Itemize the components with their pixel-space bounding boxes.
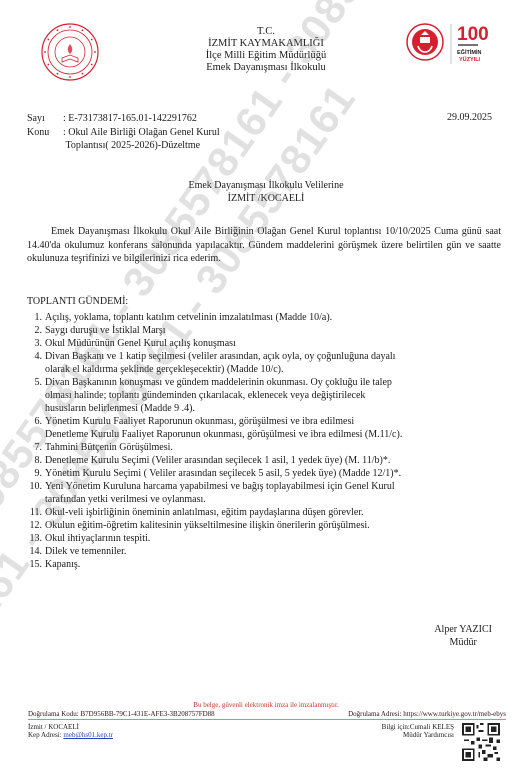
konu-value-line1: : Okul Aile Birliği Olağan Genel Kurul bbox=[63, 127, 220, 138]
agenda-item-text: Kapanış. bbox=[45, 558, 507, 571]
signer-name: Alper YAZICI bbox=[434, 623, 492, 636]
agenda-item: 3.Okul Müdürünün Genel Kurul açılış konu… bbox=[27, 337, 507, 350]
agenda-title: TOPLANTI GÜNDEMİ: bbox=[27, 296, 128, 307]
subject-row: Konu: Okul Aile Birliği Olağan Genel Kur… bbox=[27, 126, 220, 152]
verification-address[interactable]: Doğrulama Adresi: https://www.turkiye.go… bbox=[348, 710, 506, 718]
signature-block: Alper YAZICI Müdür bbox=[434, 623, 492, 649]
agenda-item: 14.Dilek ve temenniler. bbox=[27, 545, 507, 558]
agenda-item: 12.Okulun eğitim-öğretim kalitesinin yük… bbox=[27, 519, 507, 532]
agenda-item-continuation: Denetleme Kurulu Faaliyet Raporunun okun… bbox=[27, 428, 507, 441]
addressee-line2: İZMİT /KOCAELİ bbox=[0, 192, 532, 205]
agenda-item-text: Saygı duruşu ve İstiklal Marşı bbox=[45, 324, 507, 337]
agenda-item-text: Dilek ve temenniler. bbox=[45, 545, 507, 558]
agenda-item-text: Okul Müdürünün Genel Kurul açılış konuşm… bbox=[45, 337, 507, 350]
agenda-item-text: Denetleme Kurulu Seçimi (Veliler arasınd… bbox=[45, 454, 507, 467]
footer-city: İzmit / KOCAELİ bbox=[28, 723, 113, 731]
agenda-item-text: tarafından yetki verilmesi ve oylanması. bbox=[45, 493, 507, 506]
agenda-item-number: 5. bbox=[27, 376, 45, 389]
footer-contact: İzmit / KOCAELİ Kep Adresi: meb@hs01.kep… bbox=[28, 723, 113, 739]
agenda-item-text: Açılış, yoklama, toplantı katılım cetvel… bbox=[45, 311, 507, 324]
konu-label: Konu bbox=[27, 126, 63, 139]
badge-number: 100 bbox=[457, 24, 489, 45]
info-contact: Bilgi için:Cumali KELEŞ bbox=[382, 723, 454, 731]
agenda-item: 8.Denetleme Kurulu Seçimi (Veliler arası… bbox=[27, 454, 507, 467]
agenda-item-number: 10. bbox=[27, 480, 45, 493]
agenda-item-number: 6. bbox=[27, 415, 45, 428]
agenda-item-text: Okulun eğitim-öğretim kalitesinin yüksel… bbox=[45, 519, 507, 532]
addressee: Emek Dayanışması İlkokulu Velilerine İZM… bbox=[0, 179, 532, 205]
konu-value-line2: Toplantısı( 2025-2026)-Düzeltme bbox=[66, 140, 201, 151]
agenda-item: 4.Divan Başkanı ve 1 katip seçilmesi (ve… bbox=[27, 350, 507, 363]
agenda-item-number: 8. bbox=[27, 454, 45, 467]
agenda-item-text: Yeni Yönetim Kuruluna harcama yapabilmes… bbox=[45, 480, 507, 493]
document-date: 29.09.2025 bbox=[447, 112, 492, 123]
agenda-item-text: Yönetim Kurulu Seçimi ( Veliler arasında… bbox=[45, 467, 507, 480]
agenda-item-number: 12. bbox=[27, 519, 45, 532]
agenda-item: 1.Açılış, yoklama, toplantı katılım cetv… bbox=[27, 311, 507, 324]
agenda-item-number: 15. bbox=[27, 558, 45, 571]
agenda-item-text: Tahmini Bütçenin Görüşülmesi. bbox=[45, 441, 507, 454]
badge-line1: EĞİTİMİN bbox=[457, 48, 481, 56]
verification-code: Doğrulama Kodu: B7D956BB-79C1-431E-AFE3-… bbox=[28, 710, 215, 718]
official-letter-page: T.C. İZMİT KAYMAKAMLIĞI İlçe Milli Eğiti… bbox=[0, 0, 532, 768]
info-title: Müdür Yardımcısı bbox=[382, 731, 454, 739]
signer-title: Müdür bbox=[434, 636, 492, 649]
document-number-row: Sayı: E-73173817-165.01-142291762 bbox=[27, 112, 197, 125]
agenda-item-text: olarak el kaldırma şeklinde gerçekleşece… bbox=[45, 363, 507, 376]
agenda-item-text: Divan Başkanının konuşması ve gündem mad… bbox=[45, 376, 507, 389]
agenda-item-number: 1. bbox=[27, 311, 45, 324]
addressee-line1: Emek Dayanışması İlkokulu Velilerine bbox=[0, 179, 532, 192]
qr-code-icon bbox=[462, 723, 500, 761]
agenda-item-text: Okul ihtiyaçlarının tespiti. bbox=[45, 532, 507, 545]
badge-line2: YÜZYILI bbox=[459, 56, 481, 63]
agenda-item: 5.Divan Başkanının konuşması ve gündem m… bbox=[27, 376, 507, 389]
agenda-item: 6.Yönetim Kurulu Faaliyet Raporunun okun… bbox=[27, 415, 507, 428]
agenda-item-text: Denetleme Kurulu Faaliyet Raporunun okun… bbox=[45, 428, 507, 441]
agenda-item-text: olması halinde; toplantı gündeminden çık… bbox=[45, 389, 507, 402]
agenda-item-continuation: olması halinde; toplantı gündeminden çık… bbox=[27, 389, 507, 402]
footer-info: Bilgi için:Cumali KELEŞ Müdür Yardımcısı bbox=[382, 723, 454, 739]
agenda-item-number: 2. bbox=[27, 324, 45, 337]
verification-row: Doğrulama Kodu: B7D956BB-79C1-431E-AFE3-… bbox=[28, 710, 506, 720]
agenda-item-continuation: hususların belirlenmesi (Madde 9 .4). bbox=[27, 402, 507, 415]
agenda-item-text: hususların belirlenmesi (Madde 9 .4). bbox=[45, 402, 507, 415]
agenda-item: 2.Saygı duruşu ve İstiklal Marşı bbox=[27, 324, 507, 337]
agenda-item: 15.Kapanış. bbox=[27, 558, 507, 571]
agenda-item-number: 7. bbox=[27, 441, 45, 454]
right-logos: 100 EĞİTİMİN YÜZYILI bbox=[405, 18, 505, 78]
agenda-item-continuation: tarafından yetki verilmesi ve oylanması. bbox=[27, 493, 507, 506]
agenda-item-continuation: olarak el kaldırma şeklinde gerçekleşece… bbox=[27, 363, 507, 376]
agenda-list: 1.Açılış, yoklama, toplantı katılım cetv… bbox=[27, 311, 507, 571]
agenda-item-number: 4. bbox=[27, 350, 45, 363]
agenda-item-number: 14. bbox=[27, 545, 45, 558]
kep-email-link[interactable]: meb@hs01.kep.tr bbox=[63, 731, 113, 739]
school-family-logo-icon: 100 EĞİTİMİN YÜZYILI bbox=[405, 18, 505, 78]
agenda-item: 7.Tahmini Bütçenin Görüşülmesi. bbox=[27, 441, 507, 454]
agenda-item-text: Yönetim Kurulu Faaliyet Raporunun okunma… bbox=[45, 415, 507, 428]
agenda-item-text: Okul-veli işbirliğinin öneminin anlatılm… bbox=[45, 506, 507, 519]
esign-note: Bu belge, güvenli elektronik imza ile im… bbox=[0, 701, 532, 709]
agenda-item: 11.Okul-veli işbirliğinin öneminin anlat… bbox=[27, 506, 507, 519]
agenda-item-number: 13. bbox=[27, 532, 45, 545]
kep-label: Kep Adresi: bbox=[28, 731, 62, 739]
agenda-item: 10.Yeni Yönetim Kuruluna harcama yapabil… bbox=[27, 480, 507, 493]
letter-body: Emek Dayanışması İlkokulu Okul Aile Birl… bbox=[27, 225, 501, 266]
agenda-item-text: Divan Başkanı ve 1 katip seçilmesi (veli… bbox=[45, 350, 507, 363]
agenda-item: 9.Yönetim Kurulu Seçimi ( Veliler arasın… bbox=[27, 467, 507, 480]
agenda-item-number: 9. bbox=[27, 467, 45, 480]
sayi-label: Sayı bbox=[27, 112, 63, 125]
sayi-value: : E-73173817-165.01-142291762 bbox=[63, 113, 197, 124]
agenda-item-number: 11. bbox=[27, 506, 45, 519]
agenda-item: 13.Okul ihtiyaçlarının tespiti. bbox=[27, 532, 507, 545]
agenda-item-number: 3. bbox=[27, 337, 45, 350]
